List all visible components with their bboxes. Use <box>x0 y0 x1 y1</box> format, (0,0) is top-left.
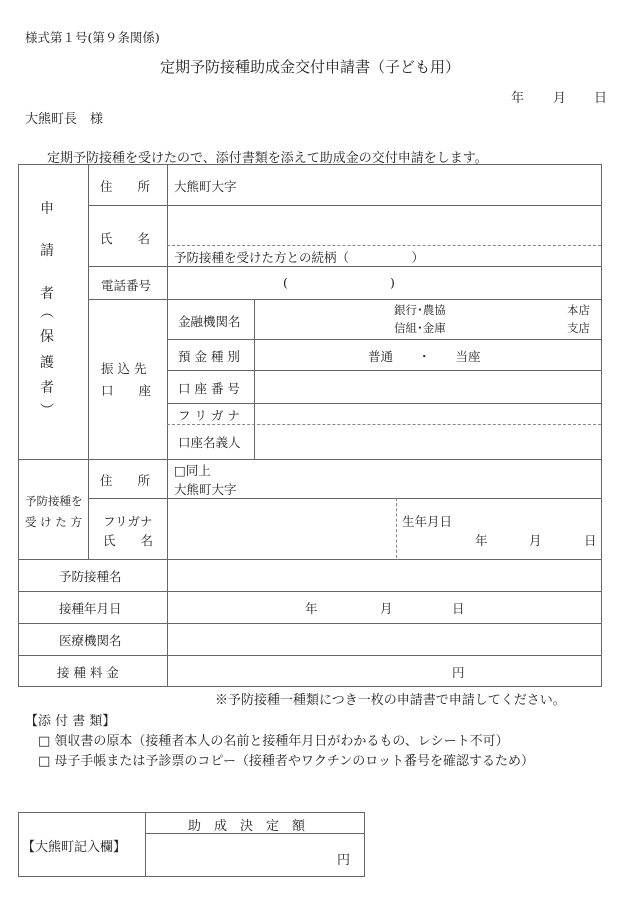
same-as-above-checkbox[interactable]: □同上 <box>174 461 211 479</box>
relation-field[interactable]: 予防接種を受けた方との続柄（ ） <box>174 248 424 266</box>
attachments-heading: 【添 付 書 類】 <box>25 710 115 729</box>
applicant-address-field[interactable]: 大熊町大字 <box>174 177 237 195</box>
applicant-name-field[interactable] <box>168 206 601 244</box>
applicant-address-label: 住 所 <box>100 177 150 195</box>
institution-type-2: 信組･金庫 <box>394 320 446 336</box>
recipient-name-label: 氏 名 <box>103 531 153 549</box>
vaccination-month-label: 月 <box>380 599 393 617</box>
recipient-furigana-label: フリガナ <box>103 512 152 530</box>
medical-institution-field[interactable] <box>168 624 601 654</box>
subsidy-amount-field[interactable] <box>146 834 364 875</box>
medical-institution-label: 医療機関名 <box>59 631 122 649</box>
recipient-section-label-1: 予防接種を <box>25 493 83 509</box>
account-number-label: 口 座 番 号 <box>178 379 240 397</box>
bank-section-label-2: 口 座 <box>101 381 151 399</box>
subsidy-amount-unit: 円 <box>337 849 350 868</box>
attachment-item-handbook[interactable]: □ 母子手帳または予診票のコピー（接種者やワクチンのロット番号を確認するため） <box>38 750 534 769</box>
note-text: ※予防接種一種類につき一枚の申請書で申請してください。 <box>215 689 566 708</box>
phone-field[interactable] <box>168 267 601 298</box>
account-holder-label: 口座名義人 <box>178 433 241 451</box>
vaccination-year-label: 年 <box>305 599 318 617</box>
office-use-label: 【大熊町記入欄】 <box>22 836 126 855</box>
fee-label: 接 種 料 金 <box>57 663 119 681</box>
account-furigana-label: フ リ ガ ナ <box>178 406 240 424</box>
institution-type-1: 銀行･農協 <box>394 302 446 318</box>
applicant-name-label: 氏 名 <box>100 229 150 247</box>
vaccine-name-label: 予防接種名 <box>59 567 122 585</box>
date-day-label: 日 <box>594 87 607 106</box>
deposit-type-label: 預 金 種 別 <box>178 347 240 365</box>
fee-unit: 円 <box>452 663 465 681</box>
addressee: 大熊町長 様 <box>25 108 103 127</box>
bank-section-label-1: 振 込 先 <box>101 359 146 377</box>
account-number-field[interactable] <box>255 371 601 402</box>
recipient-name-field[interactable] <box>168 499 395 558</box>
birth-year-label: 年 <box>475 531 488 549</box>
attachment-item-receipt[interactable]: □ 領収書の原本（接種者本人の名前と接種年月日がわかるもの、レシート不可） <box>38 730 509 749</box>
date-month-label: 月 <box>553 87 566 106</box>
phone-label: 電話番号 <box>101 276 151 294</box>
vaccine-name-field[interactable] <box>168 560 601 590</box>
account-holder-field[interactable] <box>255 425 601 458</box>
deposit-type-options[interactable]: 普通 ・ 当座 <box>368 347 481 365</box>
branch-sub: 支店 <box>567 320 590 336</box>
birthdate-label: 生年月日 <box>402 512 452 530</box>
page-title: 定期予防接種助成金交付申請書（子ども用） <box>160 56 460 77</box>
form-number: 様式第１号(第９条関係) <box>25 28 160 46</box>
account-furigana-field[interactable] <box>255 404 601 423</box>
recipient-address-label: 住 所 <box>100 471 150 489</box>
phone-close-paren: ) <box>390 275 395 290</box>
birth-day-label: 日 <box>584 531 597 549</box>
date-year-label: 年 <box>511 87 524 106</box>
institution-label: 金融機関名 <box>178 312 241 330</box>
vaccination-date-label: 接種年月日 <box>59 599 122 617</box>
birth-month-label: 月 <box>529 531 542 549</box>
recipient-address-field[interactable]: 大熊町大字 <box>174 480 237 498</box>
subsidy-amount-heading: 助 成 決 定 額 <box>188 815 305 834</box>
recipient-section-label-2: 受 け た 方 <box>25 514 82 530</box>
phone-open-paren: ( <box>283 275 288 290</box>
vaccination-day-label: 日 <box>452 599 465 617</box>
branch-main: 本店 <box>567 302 590 318</box>
